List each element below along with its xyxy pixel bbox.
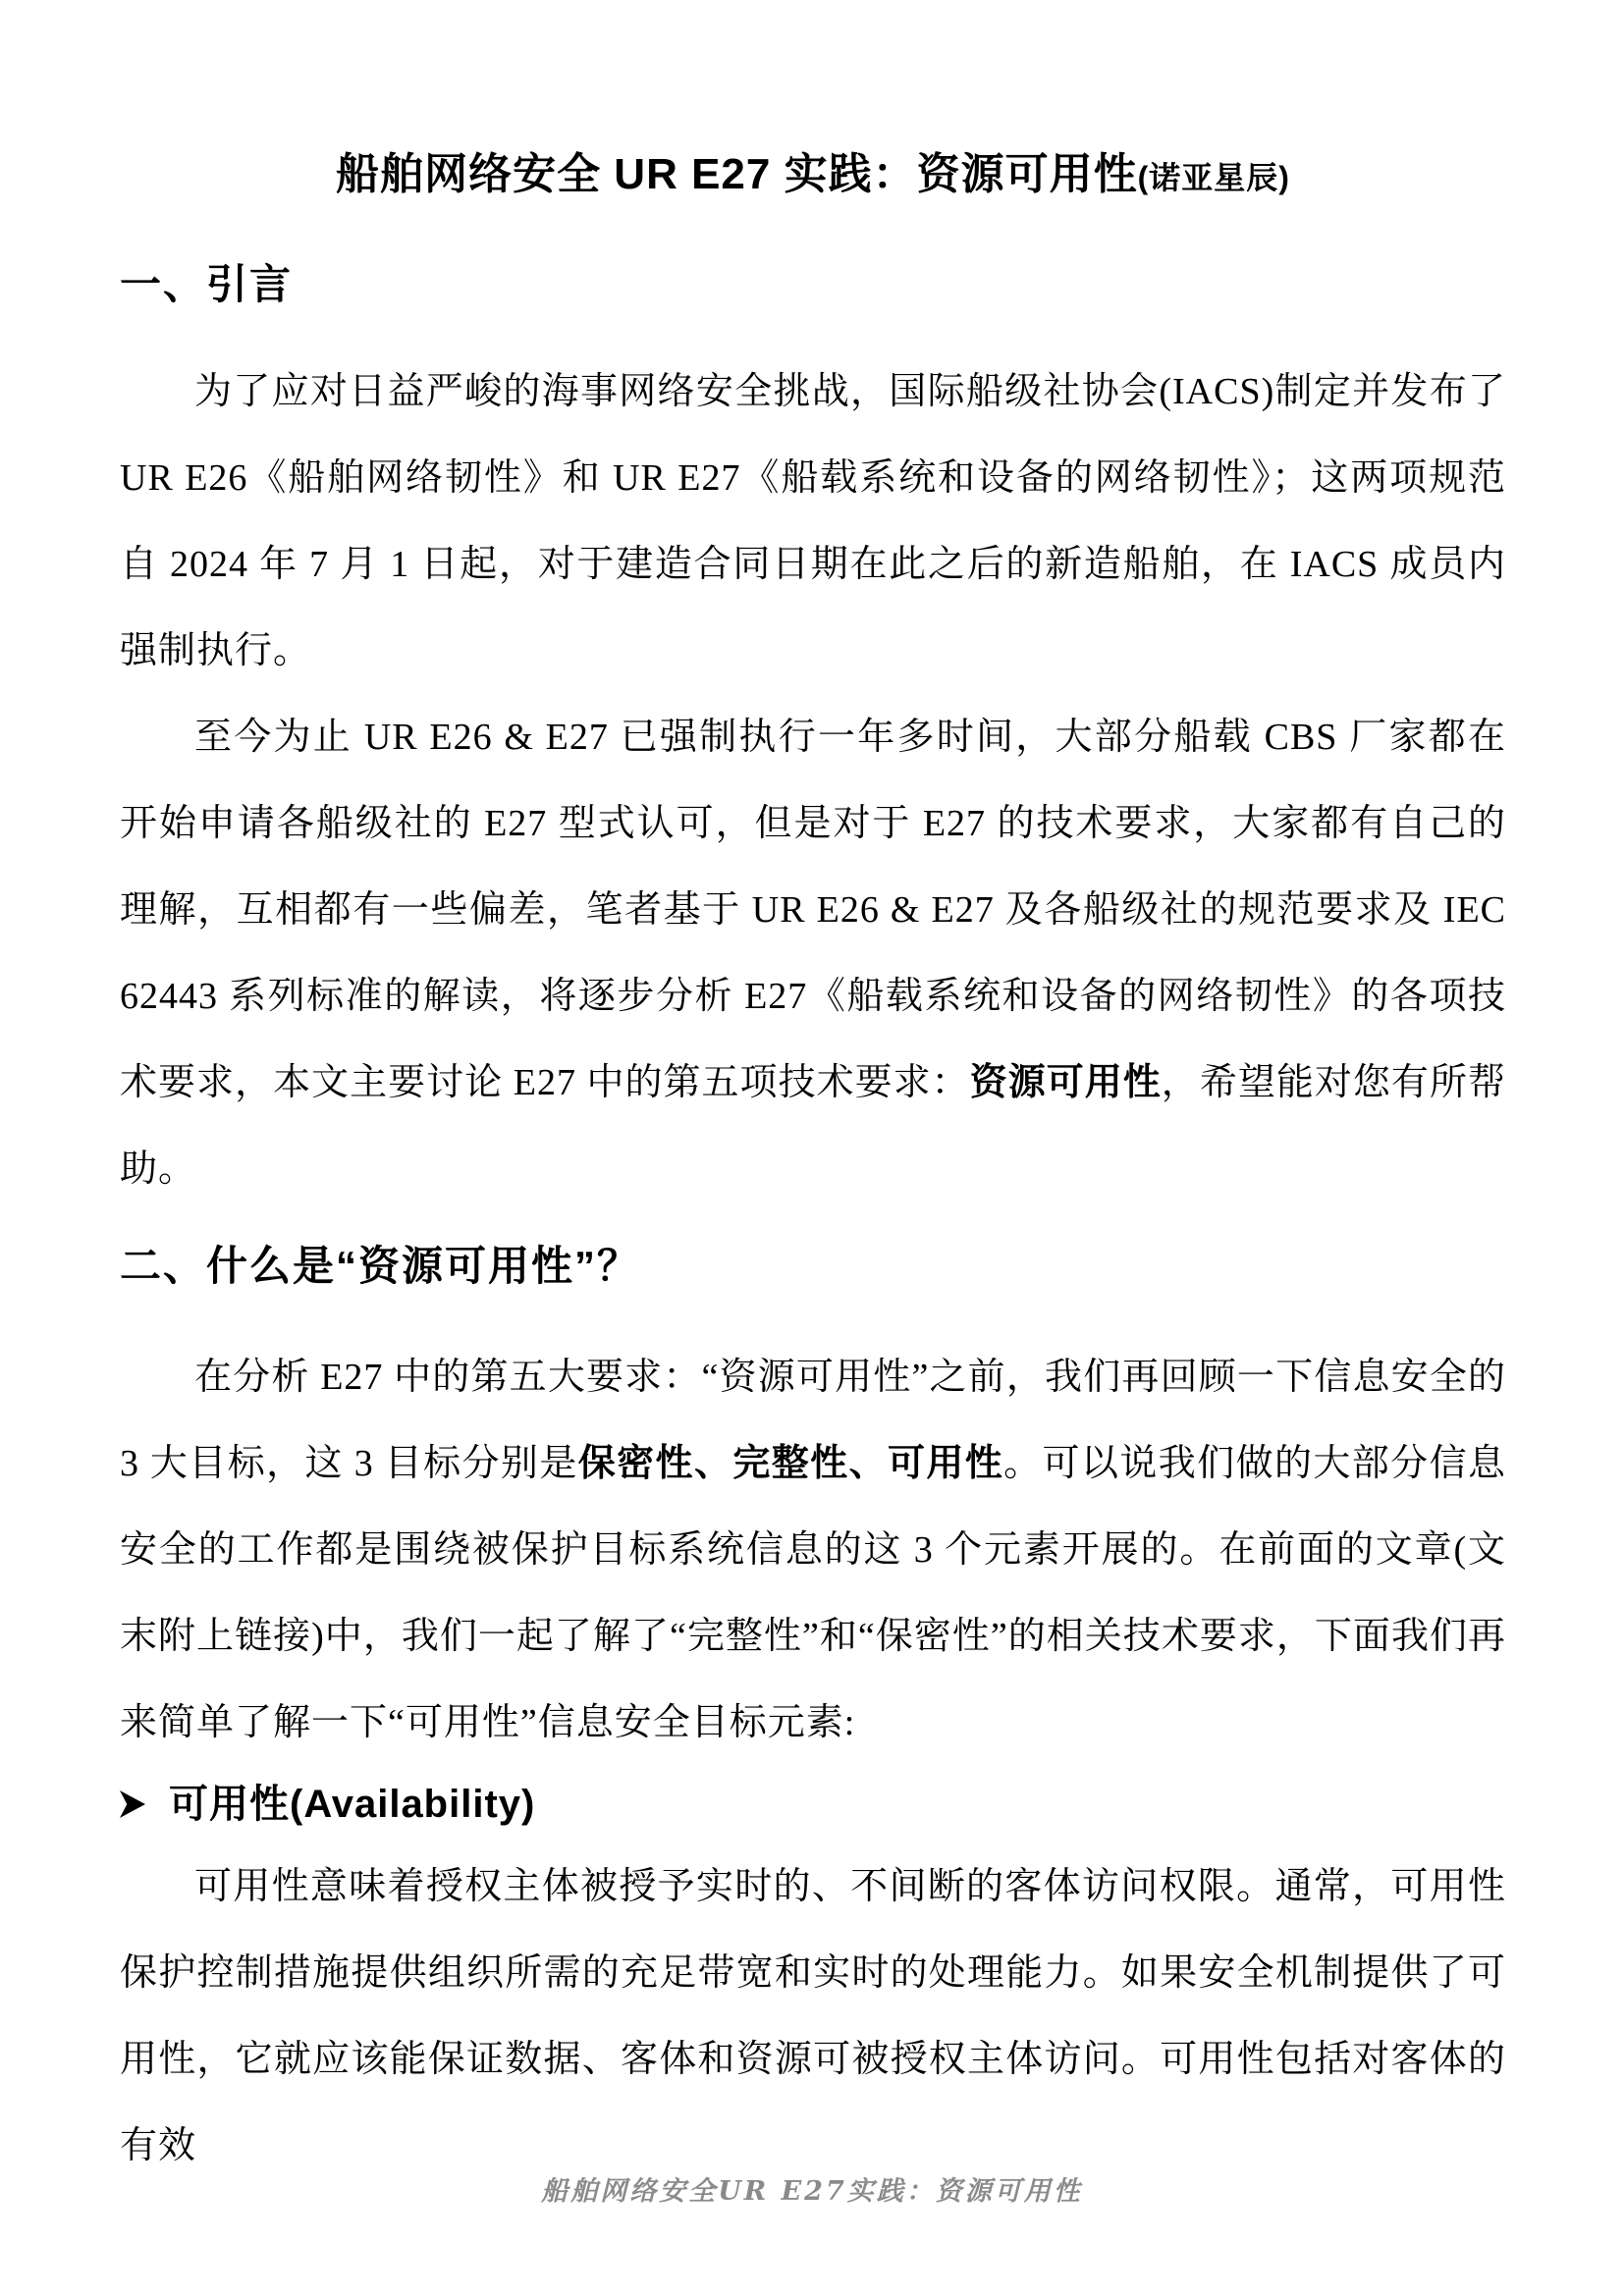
paragraph-availability-definition: 可用性意味着授权主体被授予实时的、不间断的客体访问权限。通常，可用性保护控制措施… bbox=[120, 1843, 1506, 2189]
paragraph-text: 。可以说我们做的大部分信息安全的工作都是围绕被保护目标系统信息的这 3 个元素开… bbox=[120, 1443, 1506, 1743]
arrow-bullet-icon bbox=[120, 1790, 145, 1818]
page-footer: 船舶网络安全UR E27实践：资源可用性 bbox=[0, 2175, 1624, 2209]
paragraph-intro-2: 至今为止 UR E26 & E27 已强制执行一年多时间，大部分船载 CBS 厂… bbox=[120, 694, 1506, 1212]
section-heading-introduction: 一、引言 bbox=[120, 260, 1506, 309]
document-title: 船舶网络安全 UR E27 实践：资源可用性(诺亚星辰) bbox=[120, 147, 1506, 205]
document-title-note: (诺亚星辰) bbox=[1138, 160, 1290, 195]
bullet-item-availability: 可用性(Availability) bbox=[120, 1780, 1506, 1829]
paragraph-intro-1: 为了应对日益严峻的海事网络安全挑战，国际船级社协会(IACS)制定并发布了 UR… bbox=[120, 348, 1506, 694]
section-heading-what-is: 二、什么是“资源可用性”？ bbox=[120, 1242, 1506, 1291]
emphasis-resource-availability: 资源可用性 bbox=[970, 1062, 1162, 1103]
bullet-label: 可用性(Availability) bbox=[169, 1780, 535, 1829]
document-content: 船舶网络安全 UR E27 实践：资源可用性(诺亚星辰) 一、引言 为了应对日益… bbox=[0, 147, 1624, 2189]
document-title-text: 船舶网络安全 UR E27 实践：资源可用性 bbox=[336, 150, 1138, 198]
emphasis-cia-goals: 保密性、完整性、可用性 bbox=[578, 1443, 1003, 1484]
document-page: 船舶网络安全 UR E27 实践：资源可用性(诺亚星辰) 一、引言 为了应对日益… bbox=[0, 0, 1624, 2296]
paragraph-text: 至今为止 UR E26 & E27 已强制执行一年多时间，大部分船载 CBS 厂… bbox=[120, 717, 1506, 1103]
paragraph-what-is-1: 在分析 E27 中的第五大要求：“资源可用性”之前，我们再回顾一下信息安全的 3… bbox=[120, 1334, 1506, 1766]
